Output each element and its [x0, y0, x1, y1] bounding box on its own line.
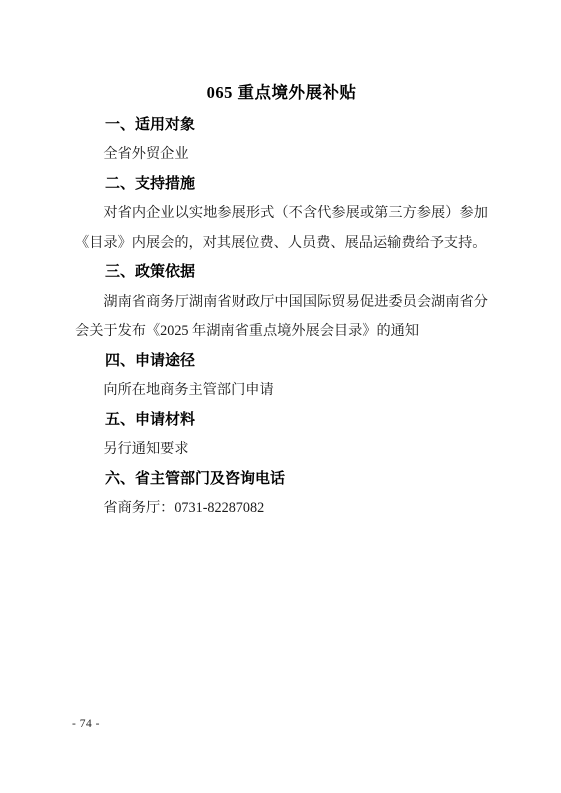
section-contact-info: 六、省主管部门及咨询电话 省商务厅：0731-82287082 — [75, 465, 488, 524]
section-paragraph: 湖南省商务厅湖南省财政厅中国国际贸易促进委员会湖南省分会关于发布《2025 年湖… — [75, 288, 488, 347]
page-number: - 74 - — [72, 716, 100, 732]
section-applicable-targets: 一、适用对象 全省外贸企业 — [75, 111, 488, 170]
section-heading: 五、申请材料 — [75, 406, 488, 436]
section-heading: 三、政策依据 — [75, 258, 488, 288]
section-paragraph: 另行通知要求 — [75, 435, 488, 465]
section-heading: 二、支持措施 — [75, 170, 488, 200]
section-heading: 四、申请途径 — [75, 347, 488, 377]
section-paragraph: 向所在地商务主管部门申请 — [75, 376, 488, 406]
section-paragraph: 对省内企业以实地参展形式（不含代参展或第三方参展）参加《目录》内展会的，对其展位… — [75, 199, 488, 258]
section-paragraph: 全省外贸企业 — [75, 140, 488, 170]
document-page: 065 重点境外展补贴 一、适用对象 全省外贸企业 二、支持措施 对省内企业以实… — [0, 0, 561, 793]
section-paragraph: 省商务厅：0731-82287082 — [75, 494, 488, 524]
document-content: 065 重点境外展补贴 一、适用对象 全省外贸企业 二、支持措施 对省内企业以实… — [0, 0, 561, 524]
section-policy-basis: 三、政策依据 湖南省商务厅湖南省财政厅中国国际贸易促进委员会湖南省分会关于发布《… — [75, 258, 488, 347]
section-application-channel: 四、申请途径 向所在地商务主管部门申请 — [75, 347, 488, 406]
section-heading: 一、适用对象 — [75, 111, 488, 141]
section-application-materials: 五、申请材料 另行通知要求 — [75, 406, 488, 465]
document-title: 065 重点境外展补贴 — [75, 78, 488, 108]
section-heading: 六、省主管部门及咨询电话 — [75, 465, 488, 495]
section-support-measures: 二、支持措施 对省内企业以实地参展形式（不含代参展或第三方参展）参加《目录》内展… — [75, 170, 488, 259]
